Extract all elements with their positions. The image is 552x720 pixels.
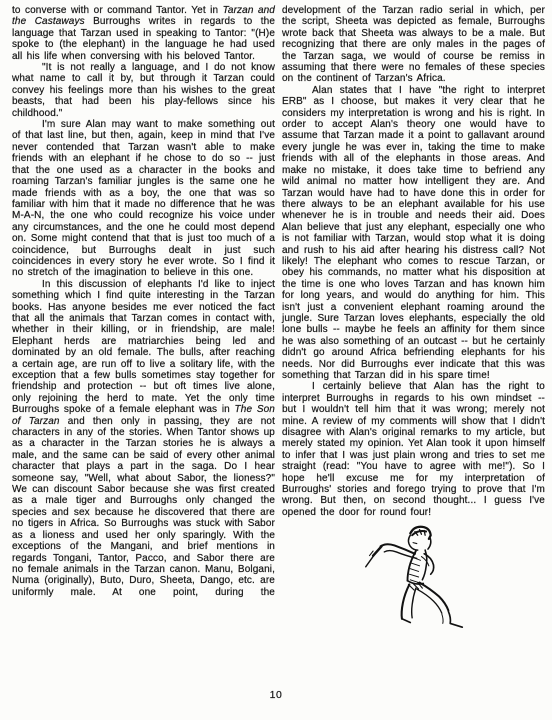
paragraph: In this discussion of elephants I'd like… (12, 279, 275, 598)
paragraph: development of the Tarzan radio serial i… (282, 5, 545, 85)
page-number: 10 (0, 689, 552, 701)
illustration-container (282, 523, 545, 634)
text-run: Alan states that I have "the right to in… (282, 85, 545, 381)
paragraph: I certainly believe that Alan has the ri… (282, 381, 545, 518)
text-run: In this discussion of elephants I'd like… (12, 279, 275, 415)
scanned-document-page: to converse with or command Tantor. Yet … (0, 0, 552, 720)
column-left: to converse with or command Tantor. Yet … (12, 5, 275, 635)
text-run: to converse with or command Tantor. Yet … (12, 5, 223, 16)
tarzan-crouching-with-knife-sketch-icon (362, 523, 466, 631)
paragraph: Alan states that I have "the right to in… (282, 85, 545, 382)
paragraph: to converse with or command Tantor. Yet … (12, 5, 275, 62)
text-run: and then only in passing, they are not c… (12, 416, 275, 598)
text-run: I certainly believe that Alan has the ri… (282, 381, 545, 517)
paragraph: "It is not really a language, and I do n… (12, 62, 275, 119)
text-run: development of the Tarzan radio serial i… (282, 5, 545, 84)
text-run: I'm sure Alan may want to make something… (12, 119, 275, 278)
text-run: "It is not really a language, and I do n… (12, 62, 275, 119)
paragraph: I'm sure Alan may want to make something… (12, 119, 275, 279)
column-right: development of the Tarzan radio serial i… (282, 5, 545, 635)
text-columns: to converse with or command Tantor. Yet … (12, 5, 545, 635)
